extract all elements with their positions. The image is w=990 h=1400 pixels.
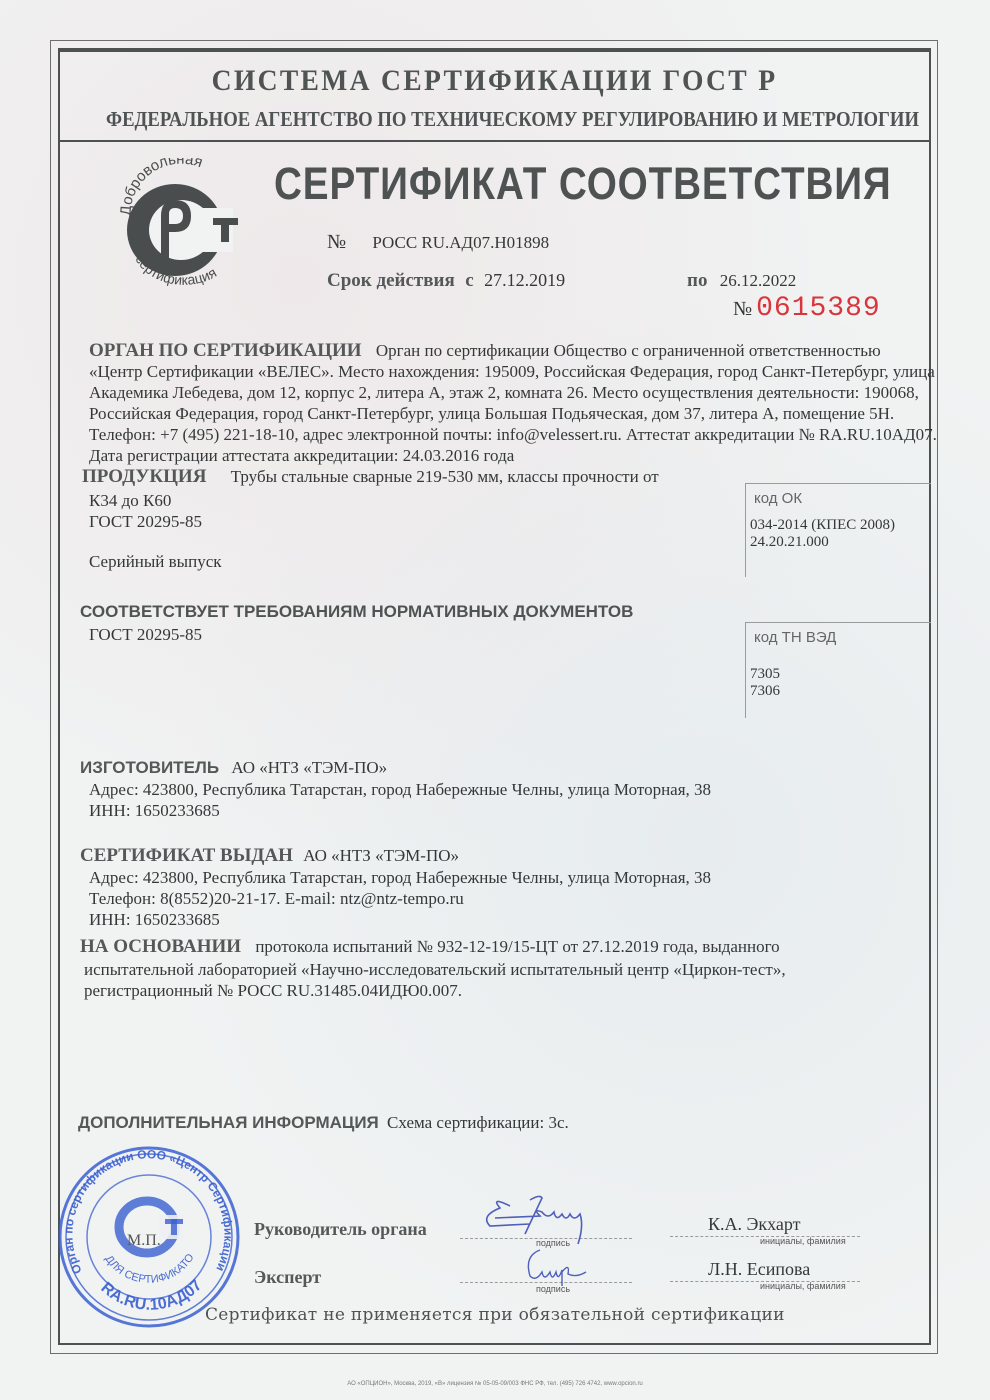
issued-to-line: Телефон: 8(8552)20-21-17. E-mail: ntz@nt…: [89, 888, 464, 909]
header-divider: [58, 140, 931, 142]
tnved-code-label: код ТН ВЭД: [754, 629, 931, 646]
certification-body-line: Академика Лебедева, дом 12, корпус 2, ли…: [89, 382, 919, 403]
from-label: с: [465, 270, 473, 291]
certification-body-line: Телефон: +7 (495) 221-18-10, адрес элект…: [89, 424, 937, 445]
manufacturer-name: АО «НТЗ «ТЭМ-ПО»: [231, 758, 387, 777]
compliance-standard: ГОСТ 20295-85: [89, 624, 202, 645]
rst-logo-icon: Добровольная сертификация: [113, 158, 248, 288]
valid-to-date: 26.12.2022: [720, 271, 797, 290]
number-row: № РОСС RU.АД07.Н01898: [327, 232, 549, 253]
product-line: ГОСТ 20295-85: [89, 511, 202, 532]
certificate-title: СЕРТИФИКАТ СООТВЕТСТВИЯ: [274, 158, 892, 210]
ok-code-value: 24.20.21.000: [750, 534, 931, 551]
certification-body-line-0: ОРГАН ПО СЕРТИФИКАЦИИ Орган по сертифика…: [89, 340, 881, 361]
additional-info-text: Схема сертификации: 3с.: [387, 1113, 569, 1132]
blank-serial-number: 0615389: [756, 293, 881, 324]
additional-info-line: ДОПОЛНИТЕЛЬНАЯ ИНФОРМАЦИЯ Схема сертифик…: [78, 1112, 569, 1133]
validity-row: Срок действия с 27.12.2019: [327, 270, 565, 291]
handwritten-signature-icon: [470, 1186, 620, 1246]
number-sign: №: [327, 231, 346, 253]
product-line-0: ПРОДУКЦИЯ Трубы стальные сварные 219-530…: [82, 466, 659, 487]
signatory-name: Л.Н. Есипова: [708, 1259, 810, 1280]
ok-code-label: код ОК: [754, 490, 931, 507]
validity-label: Срок действия: [327, 270, 455, 291]
official-stamp: Орган по сертификации ООО «Центр Сертифи…: [55, 1143, 240, 1328]
certification-body-line: Дата регистрации аттестата аккредитации:…: [89, 445, 514, 466]
tnved-code-value: 7305: [750, 666, 931, 683]
ok-code-value: 034-2014 (КПЕС 2008): [750, 517, 931, 534]
certification-body-line: Российская Федерация, город Санкт-Петерб…: [89, 403, 894, 424]
voluntary-notice: Сертификат не применяется при обязательн…: [205, 1305, 785, 1325]
to-label: по: [687, 270, 707, 291]
stamp-seal-icon: Орган по сертификации ООО «Центр Сертифи…: [55, 1143, 240, 1328]
certification-body-heading: ОРГАН ПО СЕРТИФИКАЦИИ: [89, 340, 362, 361]
blank-number-row: № 0615389: [733, 293, 881, 324]
compliance-heading: СООТВЕТСТВУЕТ ТРЕБОВАНИЯМ НОРМАТИВНЫХ ДО…: [80, 601, 633, 622]
basis-line: регистрационный № РОСС RU.31485.04ИДЮ0.0…: [84, 980, 462, 1001]
issued-to-line: Адрес: 423800, Республика Татарстан, гор…: [89, 867, 711, 888]
basis-heading: НА ОСНОВАНИИ: [80, 936, 241, 957]
basis-line-0: НА ОСНОВАНИИ протокола испытаний № 932-1…: [80, 936, 780, 957]
blank-number-sign: №: [733, 298, 752, 320]
manufacturer-line-0: ИЗГОТОВИТЕЛЬ АО «НТЗ «ТЭМ-ПО»: [80, 757, 387, 778]
manufacturer-line: ИНН: 1650233685: [89, 800, 220, 821]
ok-code-box: код ОК 034-2014 (КПЕС 2008) 24.20.21.000: [745, 483, 931, 577]
handwritten-signature-icon: [520, 1242, 600, 1287]
issued-to-heading: СЕРТИФИКАТ ВЫДАН: [80, 845, 293, 866]
issued-to-name: АО «НТЗ «ТЭМ-ПО»: [303, 846, 459, 865]
manufacturer-line: Адрес: 423800, Республика Татарстан, гор…: [89, 779, 711, 800]
additional-info-heading: ДОПОЛНИТЕЛЬНАЯ ИНФОРМАЦИЯ: [78, 1113, 379, 1132]
certification-body-line: «Центр Сертификации «ВЕЛЕС». Место нахож…: [89, 361, 935, 382]
product-line: Серийный выпуск: [89, 551, 222, 572]
product-heading: ПРОДУКЦИЯ: [82, 466, 206, 487]
basis-line: испытательной лабораторией «Научно-иссле…: [84, 959, 786, 980]
signature-role: Руководитель органа: [254, 1219, 427, 1240]
signature-role: Эксперт: [254, 1267, 321, 1288]
issued-to-line: ИНН: 1650233685: [89, 909, 220, 930]
top-rule: [58, 49, 931, 52]
signature-expert: [520, 1242, 600, 1292]
printer-imprint: АО «ОПЦИОН», Москва, 2019, «В» лицензия …: [0, 1381, 990, 1387]
name-caption: инициалы, фамилия: [760, 1281, 846, 1291]
svg-text:М.П.: М.П.: [127, 1232, 161, 1249]
system-title: СИСТЕМА СЕРТИФИКАЦИИ ГОСТ Р: [93, 64, 896, 98]
signatory-name: К.А. Экхарт: [708, 1214, 801, 1235]
valid-to-row: по 26.12.2022: [687, 270, 796, 291]
valid-from-date: 27.12.2019: [484, 270, 565, 290]
product-line: К34 до К60: [89, 490, 171, 511]
voluntary-certification-logo: Добровольная сертификация: [113, 158, 248, 288]
issued-to-line-0: СЕРТИФИКАТ ВЫДАН АО «НТЗ «ТЭМ-ПО»: [80, 845, 459, 866]
agency-title: ФЕДЕРАЛЬНОЕ АГЕНТСТВО ПО ТЕХНИЧЕСКОМУ РЕ…: [106, 107, 883, 132]
certificate-number: РОСС RU.АД07.Н01898: [372, 233, 549, 252]
manufacturer-heading: ИЗГОТОВИТЕЛЬ: [80, 758, 219, 777]
tnved-code-value: 7306: [750, 683, 931, 700]
name-caption: инициалы, фамилия: [760, 1236, 846, 1246]
tnved-code-box: код ТН ВЭД 7305 7306: [745, 622, 931, 718]
